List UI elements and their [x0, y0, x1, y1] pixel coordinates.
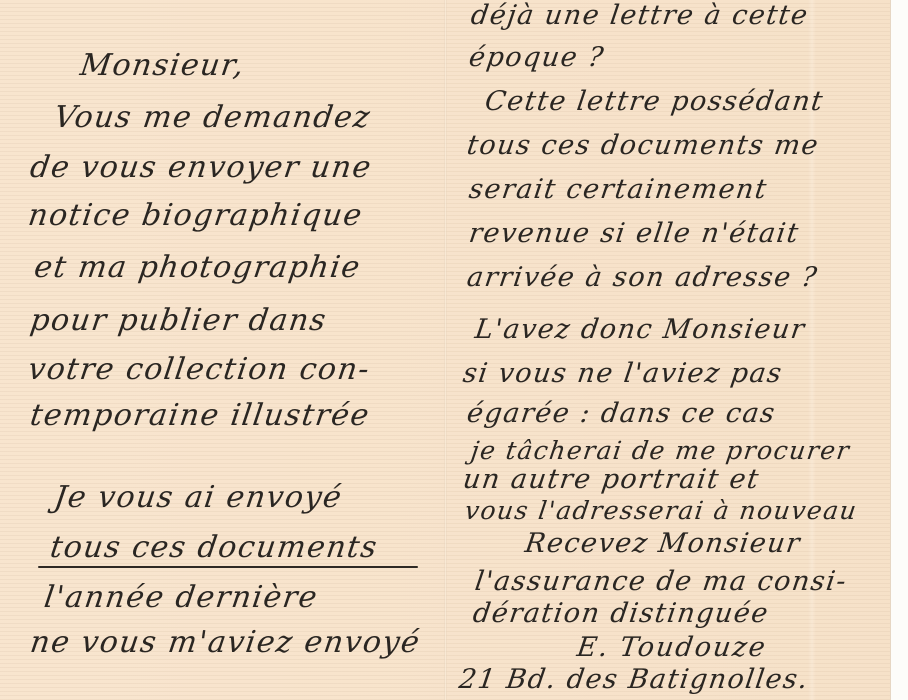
salutation: Monsieur, [78, 48, 247, 83]
letter-line: Je vous ai envoyé [52, 480, 345, 515]
letter-line: Vous me demandez [52, 100, 373, 135]
letter-line: et ma photographie [32, 250, 363, 285]
letter-line: temporaine illustrée [28, 398, 372, 433]
letter-line: votre collection con- [26, 352, 373, 387]
right-page-closing [447, 0, 890, 700]
letter-line-underlined: tous ces documents [48, 530, 380, 565]
letter-line: notice biographique [26, 198, 365, 233]
letter-line: pour publier dans [28, 303, 329, 338]
letter-line: de vous envoyer une [28, 150, 374, 185]
letter-line: l'année dernière [42, 580, 320, 615]
underline-stroke [38, 566, 418, 568]
letter-line: ne vous m'aviez envoyé [28, 625, 423, 660]
left-page: Monsieur, Vous me demandez de vous envoy… [0, 0, 444, 700]
